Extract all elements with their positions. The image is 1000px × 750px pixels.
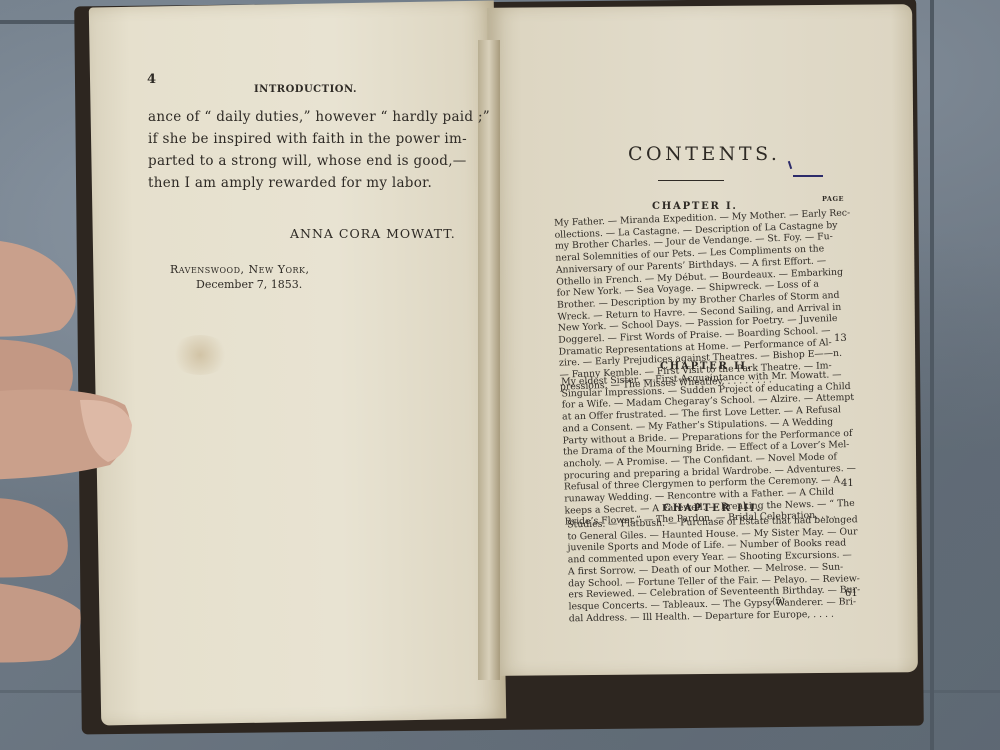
signature-place: Ravenswood, New York, — [170, 263, 310, 276]
chapter-page-number: 41 — [841, 478, 854, 489]
chapter-page-number: 13 — [834, 333, 847, 344]
text-line: parted to a strong will, whose end is go… — [148, 150, 428, 172]
chapter-heading: CHAPTER II. — [660, 361, 752, 372]
contents-title: CONTENTS. — [628, 143, 780, 165]
page-column-label: PAGE — [822, 195, 844, 203]
text-line: ance of “ daily duties,” however “ hardl… — [148, 106, 428, 128]
running-head: INTRODUCTION. — [254, 84, 357, 95]
text-line: if she be inspired with faith in the pow… — [148, 128, 428, 150]
stone-seam — [0, 20, 80, 24]
signature-date: December 7, 1853. — [196, 278, 302, 291]
chapter-page-number: 61 — [845, 588, 858, 599]
hand — [0, 240, 140, 670]
introduction-text: ance of “ daily duties,” however “ hardl… — [148, 106, 428, 194]
paper-stain — [170, 335, 230, 375]
chapter-heading: CHAPTER I. — [652, 201, 738, 212]
chapter-heading: CHAPTER III. — [663, 503, 762, 514]
page-number-left: 4 — [147, 72, 156, 87]
author-signature: ANNA CORA MOWATT. — [290, 226, 456, 241]
chapter-3-summary: Studies. — Flatbush. — Purchase of Estat… — [567, 515, 839, 625]
title-rule — [658, 180, 724, 181]
stone-seam — [930, 0, 934, 750]
text-line: then I am amply rewarded for my labor. — [148, 172, 428, 194]
book-gutter — [478, 40, 500, 680]
pen-mark-line — [793, 175, 823, 177]
folio-number: (5) — [772, 597, 785, 607]
